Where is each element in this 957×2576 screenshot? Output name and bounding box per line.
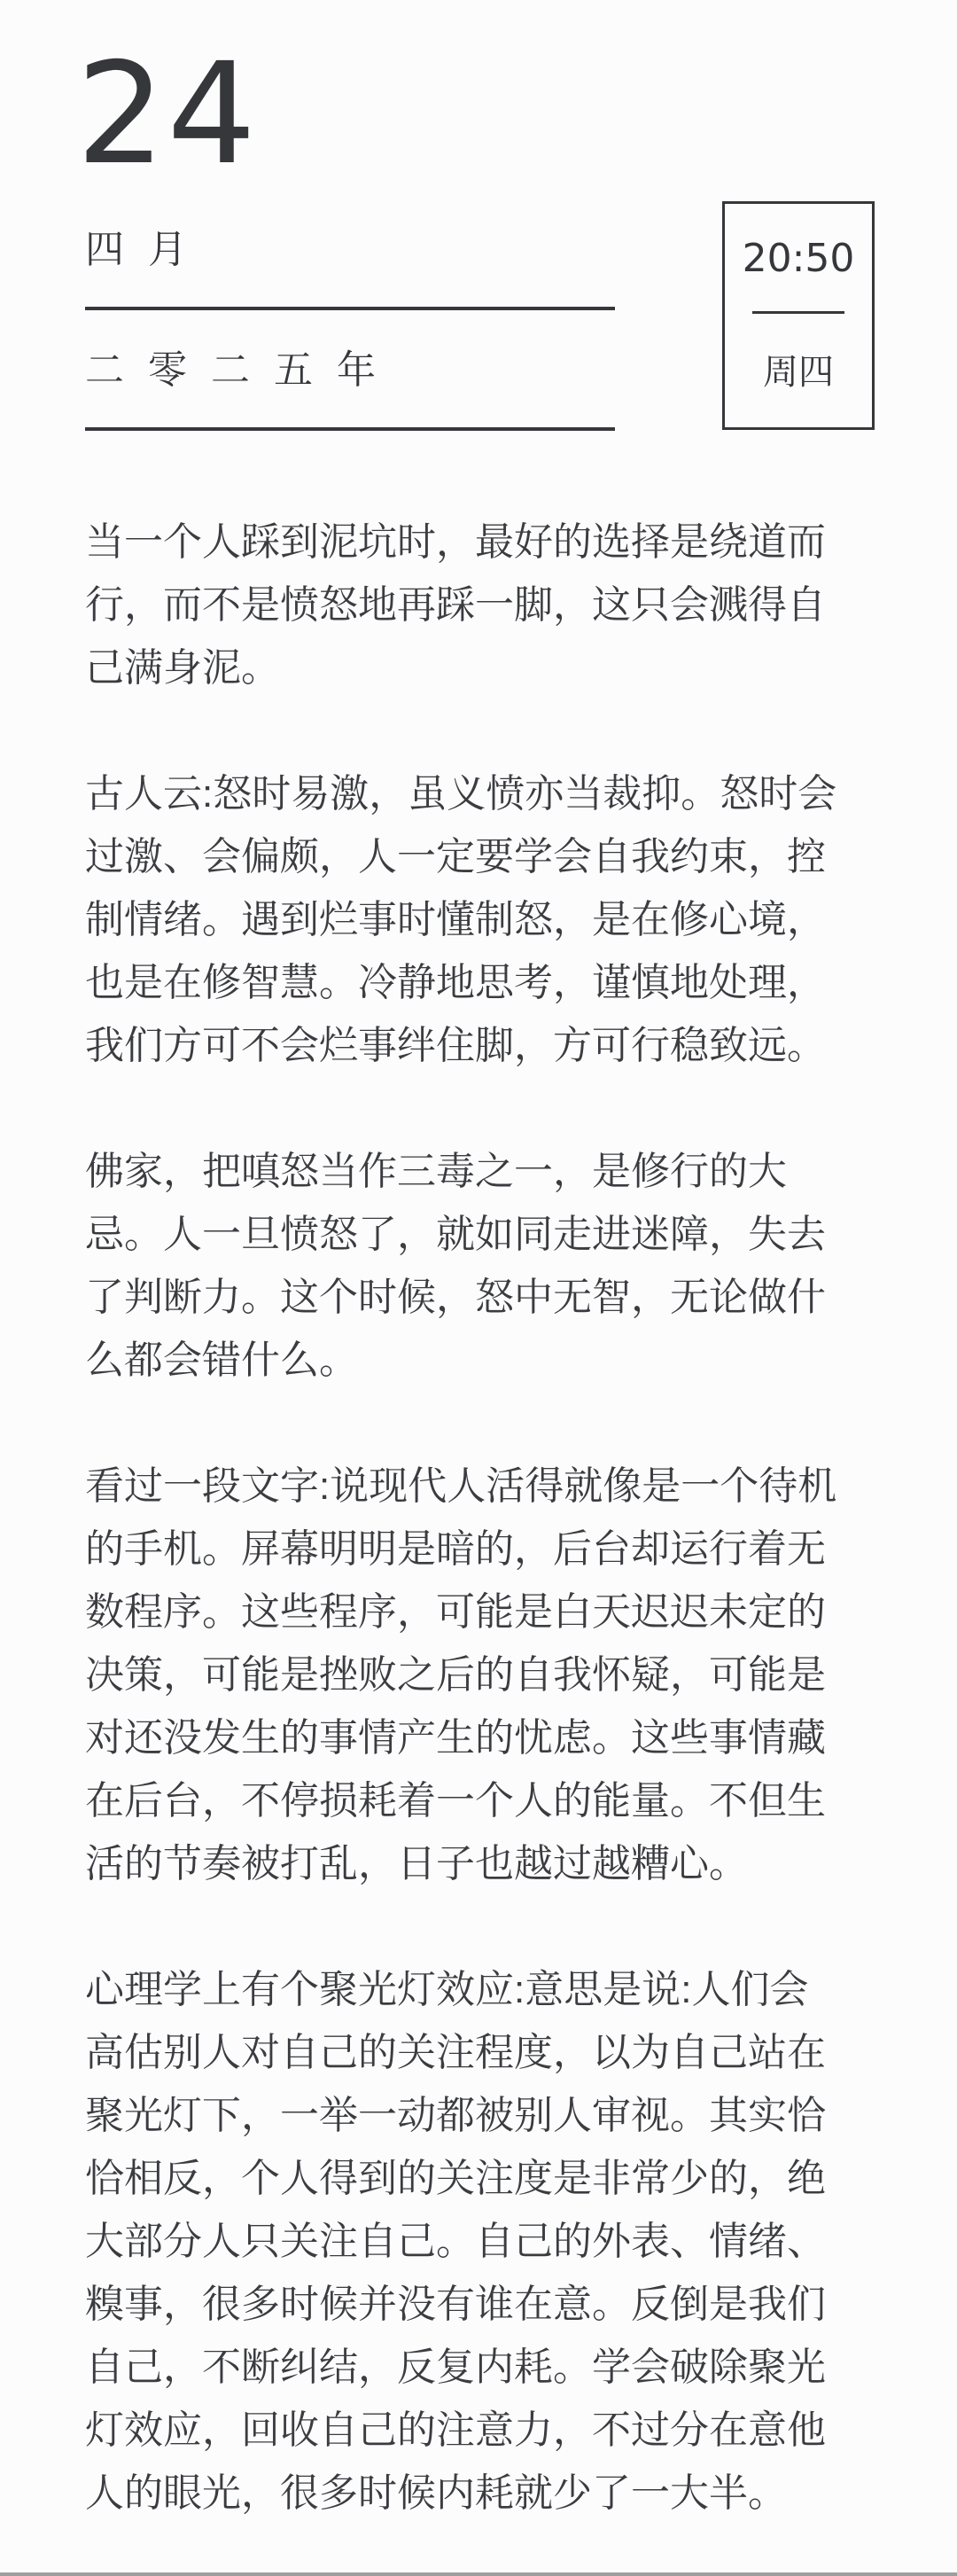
weekday-label: 周四 [725,353,872,392]
calendar-page: 24 四月 二零二五年 20:50 周四 当一个人踩到泥坑时，最好的选择是绕道而… [0,0,957,2576]
article-paragraph: 古人云:怒时易激，虽义愤亦当裁抑。怒时会 过激、会偏颇，人一定要学会自我约束，控… [85,762,874,1077]
bottom-divider-line [0,2572,957,2576]
time-label: 20:50 [725,239,872,278]
time-weekday-box: 20:50 周四 [722,201,875,430]
article-paragraph: 看过一段文字:说现代人活得就像是一个待机 的手机。屏幕明明是暗的，后台却运行着无… [85,1455,874,1895]
year-divider-line [85,427,615,431]
article-paragraph: 佛家，把嗔怒当作三毒之一，是修行的大 忌。人一旦愤怒了，就如同走进迷障，失去 了… [85,1140,874,1392]
time-weekday-divider [752,311,844,314]
month-label: 四月 [85,227,211,273]
article-text: 当一个人踩到泥坑时，最好的选择是绕道而 行，而不是愤怒地再踩一脚，这只会溅得自 … [85,511,874,2525]
article-paragraph: 当一个人踩到泥坑时，最好的选择是绕道而 行，而不是愤怒地再踩一脚，这只会溅得自 … [85,511,874,699]
year-label: 二零二五年 [85,347,400,394]
day-number: 24 [76,44,258,184]
article-paragraph: 心理学上有个聚光灯效应:意思是说:人们会 高估别人对自己的关注程度，以为自己站在… [85,1958,874,2525]
month-divider-line [85,307,615,310]
